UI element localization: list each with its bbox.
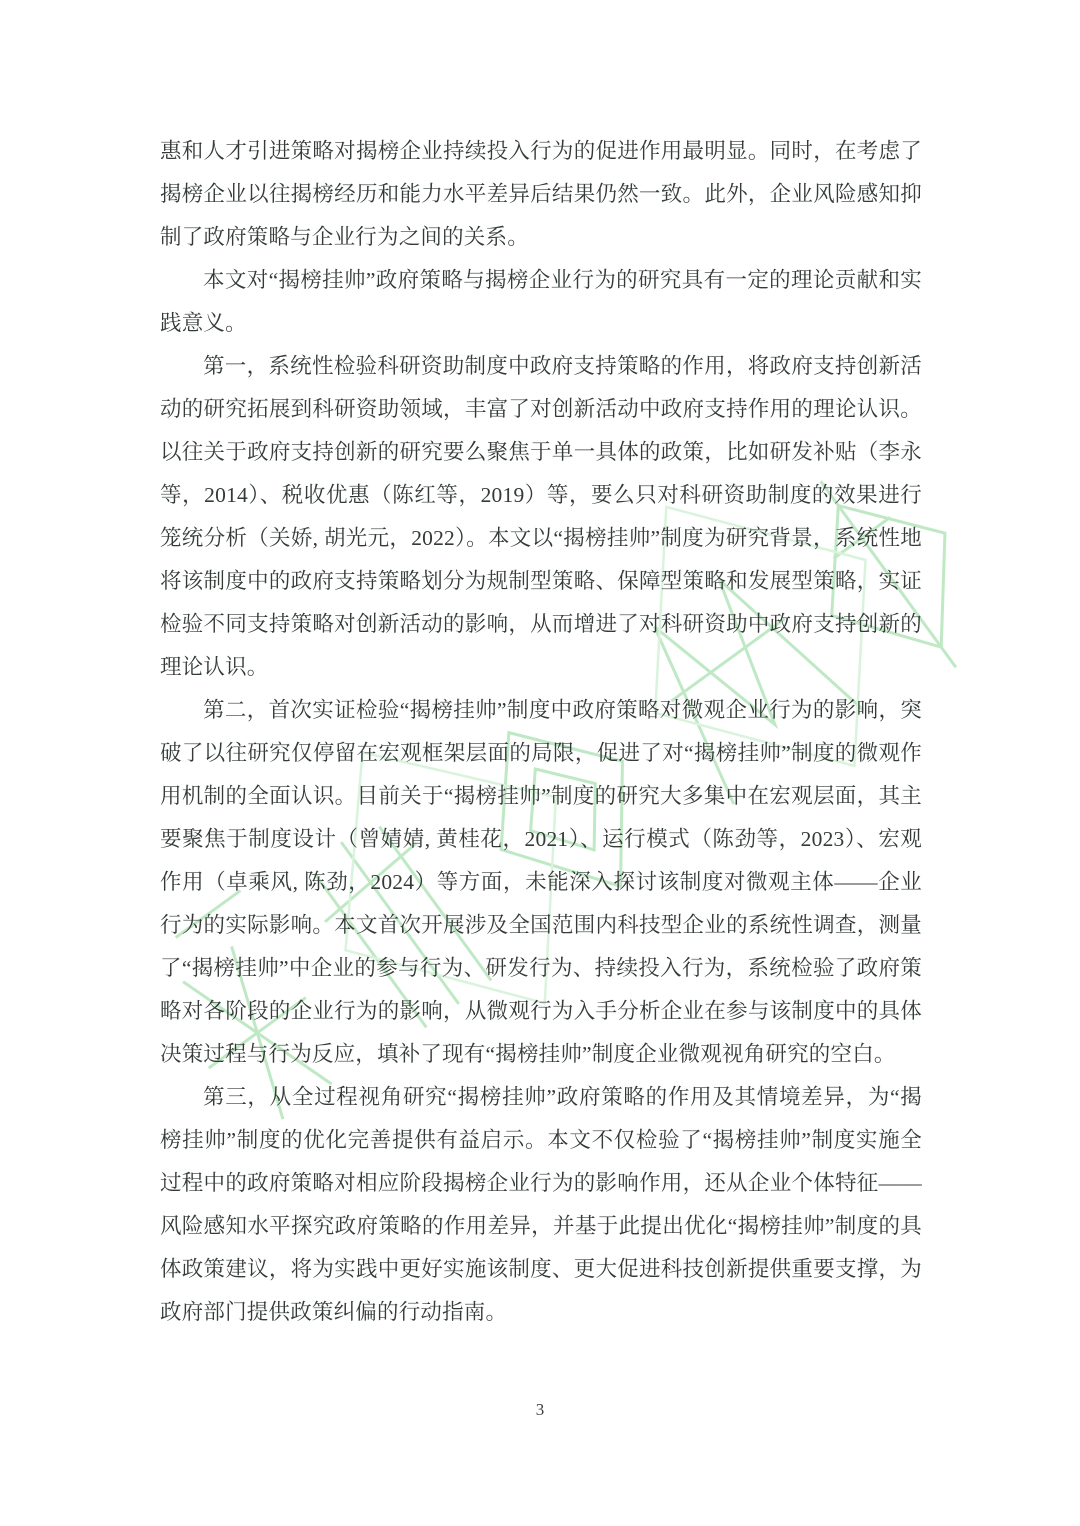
page-number: 3 [0, 1400, 1080, 1420]
paragraph-second-point: 第二，首次实证检验“揭榜挂帅”制度中政府策略对微观企业行为的影响，突破了以往研究… [160, 689, 922, 1076]
paragraph-continuation: 惠和人才引进策略对揭榜企业持续投入行为的促进作用最明显。同时，在考虑了揭榜企业以… [160, 130, 922, 259]
paragraph-third-point: 第三，从全过程视角研究“揭榜挂帅”政府策略的作用及其情境差异，为“揭榜挂帅”制度… [160, 1076, 922, 1334]
paragraph-first-point: 第一，系统性检验科研资助制度中政府支持策略的作用，将政府支持创新活动的研究拓展到… [160, 345, 922, 689]
paragraph-contribution-intro: 本文对“揭榜挂帅”政府策略与揭榜企业行为的研究具有一定的理论贡献和实践意义。 [160, 259, 922, 345]
page-body: 惠和人才引进策略对揭榜企业持续投入行为的促进作用最明显。同时，在考虑了揭榜企业以… [160, 130, 922, 1334]
document-page: 惠和人才引进策略对揭榜企业持续投入行为的促进作用最明显。同时，在考虑了揭榜企业以… [0, 0, 1080, 1526]
